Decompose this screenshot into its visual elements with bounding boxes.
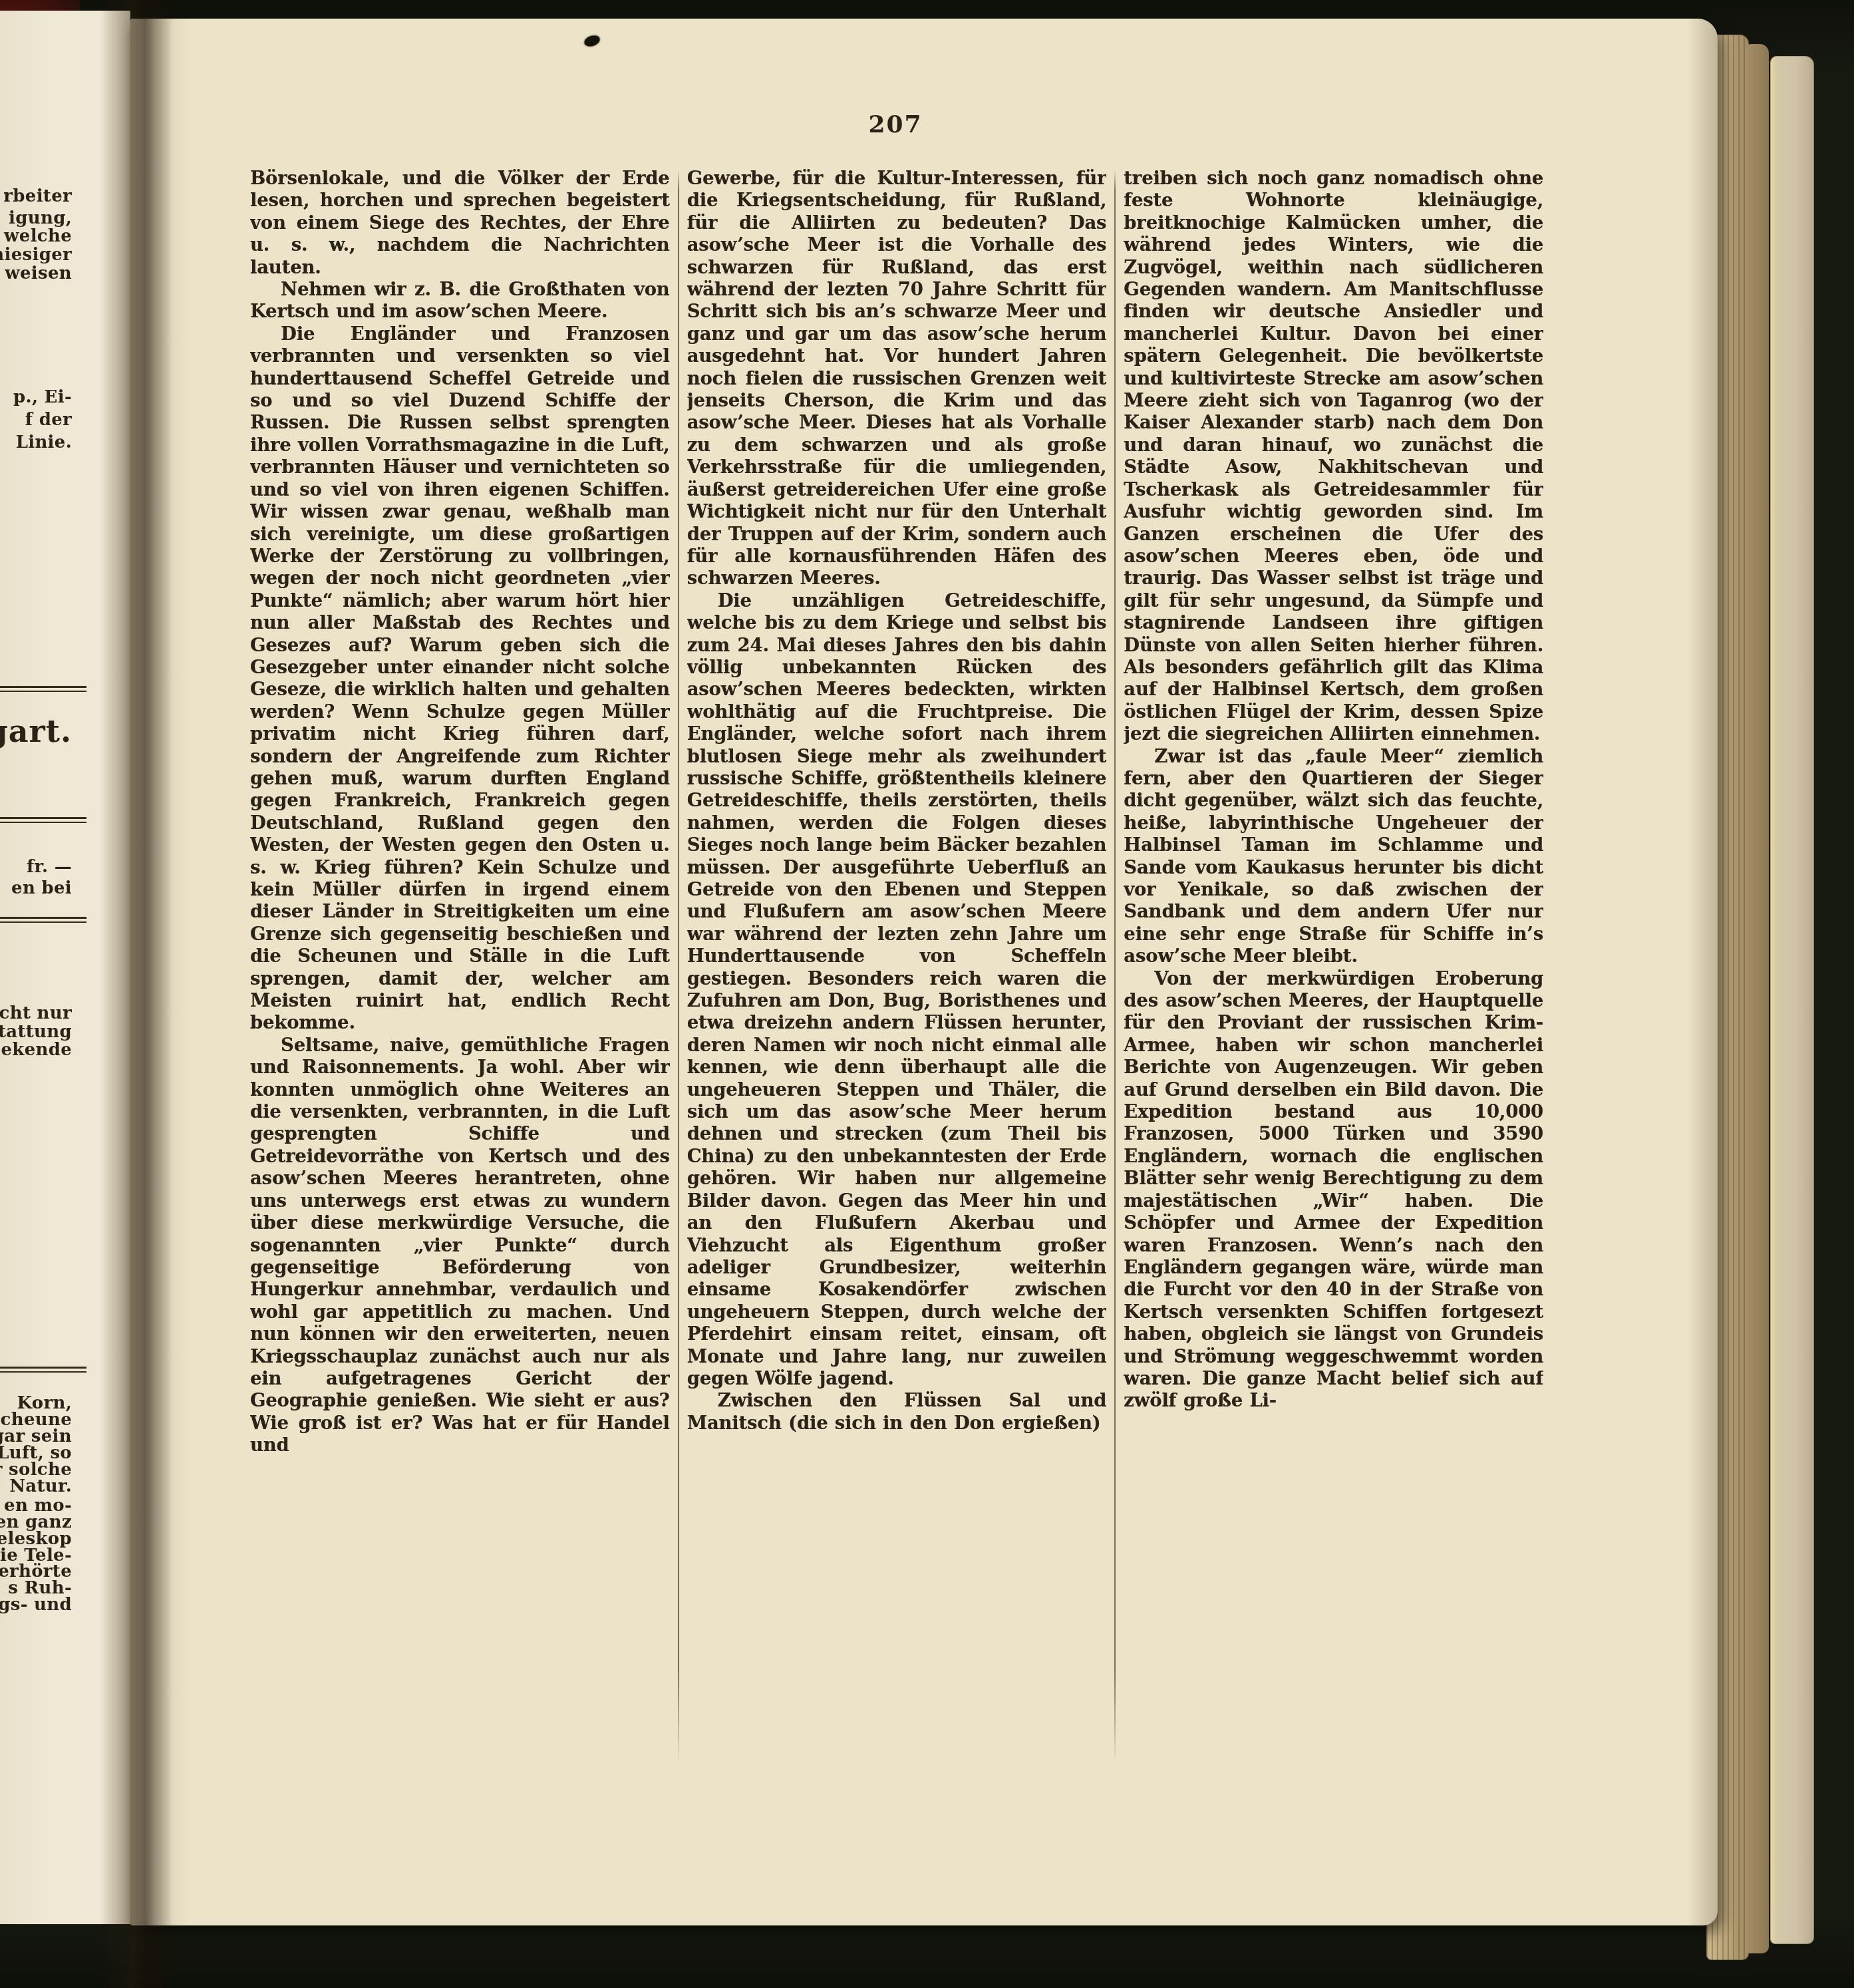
page-fragment: en bei <box>11 878 72 898</box>
divider-rule <box>0 917 86 923</box>
divider-rule <box>0 817 86 823</box>
page-fragment: gs- und <box>0 1595 72 1615</box>
page-fragment: Natur. <box>9 1476 72 1496</box>
text-column-3: treiben sich noch ganz nomadisch ohne fe… <box>1124 168 1543 1784</box>
text-column-1: Börsenlokale, und die Völker der Erde le… <box>250 168 670 1784</box>
page-fragment: Linie. <box>16 432 72 452</box>
book-photo: rbeiter igung, welche hiesiger weisen p.… <box>0 0 1854 1988</box>
divider-rule <box>0 686 86 692</box>
paragraph: Seltsame, naive, gemüthliche Fragen und … <box>250 1035 670 1457</box>
page-fragment: rbeiter <box>3 186 72 206</box>
page-number: 207 <box>130 110 1660 138</box>
page-fragment: cht nur <box>0 1003 72 1023</box>
text-columns: Börsenlokale, und die Völker der Erde le… <box>250 168 1543 1784</box>
page-fragment: ekende <box>1 1040 72 1060</box>
text-column-2: Gewerbe, für die Kultur-Interessen, für … <box>687 168 1107 1784</box>
endpaper-edge <box>1770 56 1814 1944</box>
paragraph: Zwar ist das „faule Meer“ ziemlich fern,… <box>1124 746 1543 968</box>
paragraph: Börsenlokale, und die Völker der Erde le… <box>250 168 670 279</box>
fore-edge-pages-inner <box>1745 44 1769 1953</box>
page-fragment: hiesiger <box>0 245 72 265</box>
column-rule <box>1114 170 1116 1764</box>
paragraph: Die Engländer und Franzosen verbrannten … <box>250 323 670 1035</box>
paragraph: Zwischen den Flüssen Sal und Manitsch (d… <box>687 1390 1107 1434</box>
page-fragment: tattung <box>0 1022 72 1042</box>
divider-rule <box>0 1367 86 1373</box>
paragraph: Nehmen wir z. B. die Großthaten von Kert… <box>250 279 670 323</box>
column-rule <box>678 170 679 1764</box>
page-fragment: welche <box>4 226 72 246</box>
paragraph: Von der merkwürdigen Eroberung des asow’… <box>1124 968 1543 1412</box>
newspaper-page: 207 Börsenlokale, und die Völker der Erd… <box>130 19 1718 1925</box>
paragraph: Gewerbe, für die Kultur-Interessen, für … <box>687 168 1107 590</box>
paragraph: Die unzähligen Getreideschiffe, welche b… <box>687 590 1107 1391</box>
page-fragment: weisen <box>5 263 72 283</box>
paragraph: treiben sich noch ganz nomadisch ohne fe… <box>1124 168 1543 746</box>
page-fragment: p., Ei- <box>13 387 72 407</box>
page-fragment: fr. — <box>27 857 72 877</box>
page-fragment: igung, <box>9 208 72 228</box>
page-heading-fragment: tgart. <box>0 713 72 749</box>
ink-speck <box>583 34 601 49</box>
page-fragment: f der <box>25 410 72 430</box>
previous-page-sliver: rbeiter igung, welche hiesiger weisen p.… <box>0 11 130 1924</box>
